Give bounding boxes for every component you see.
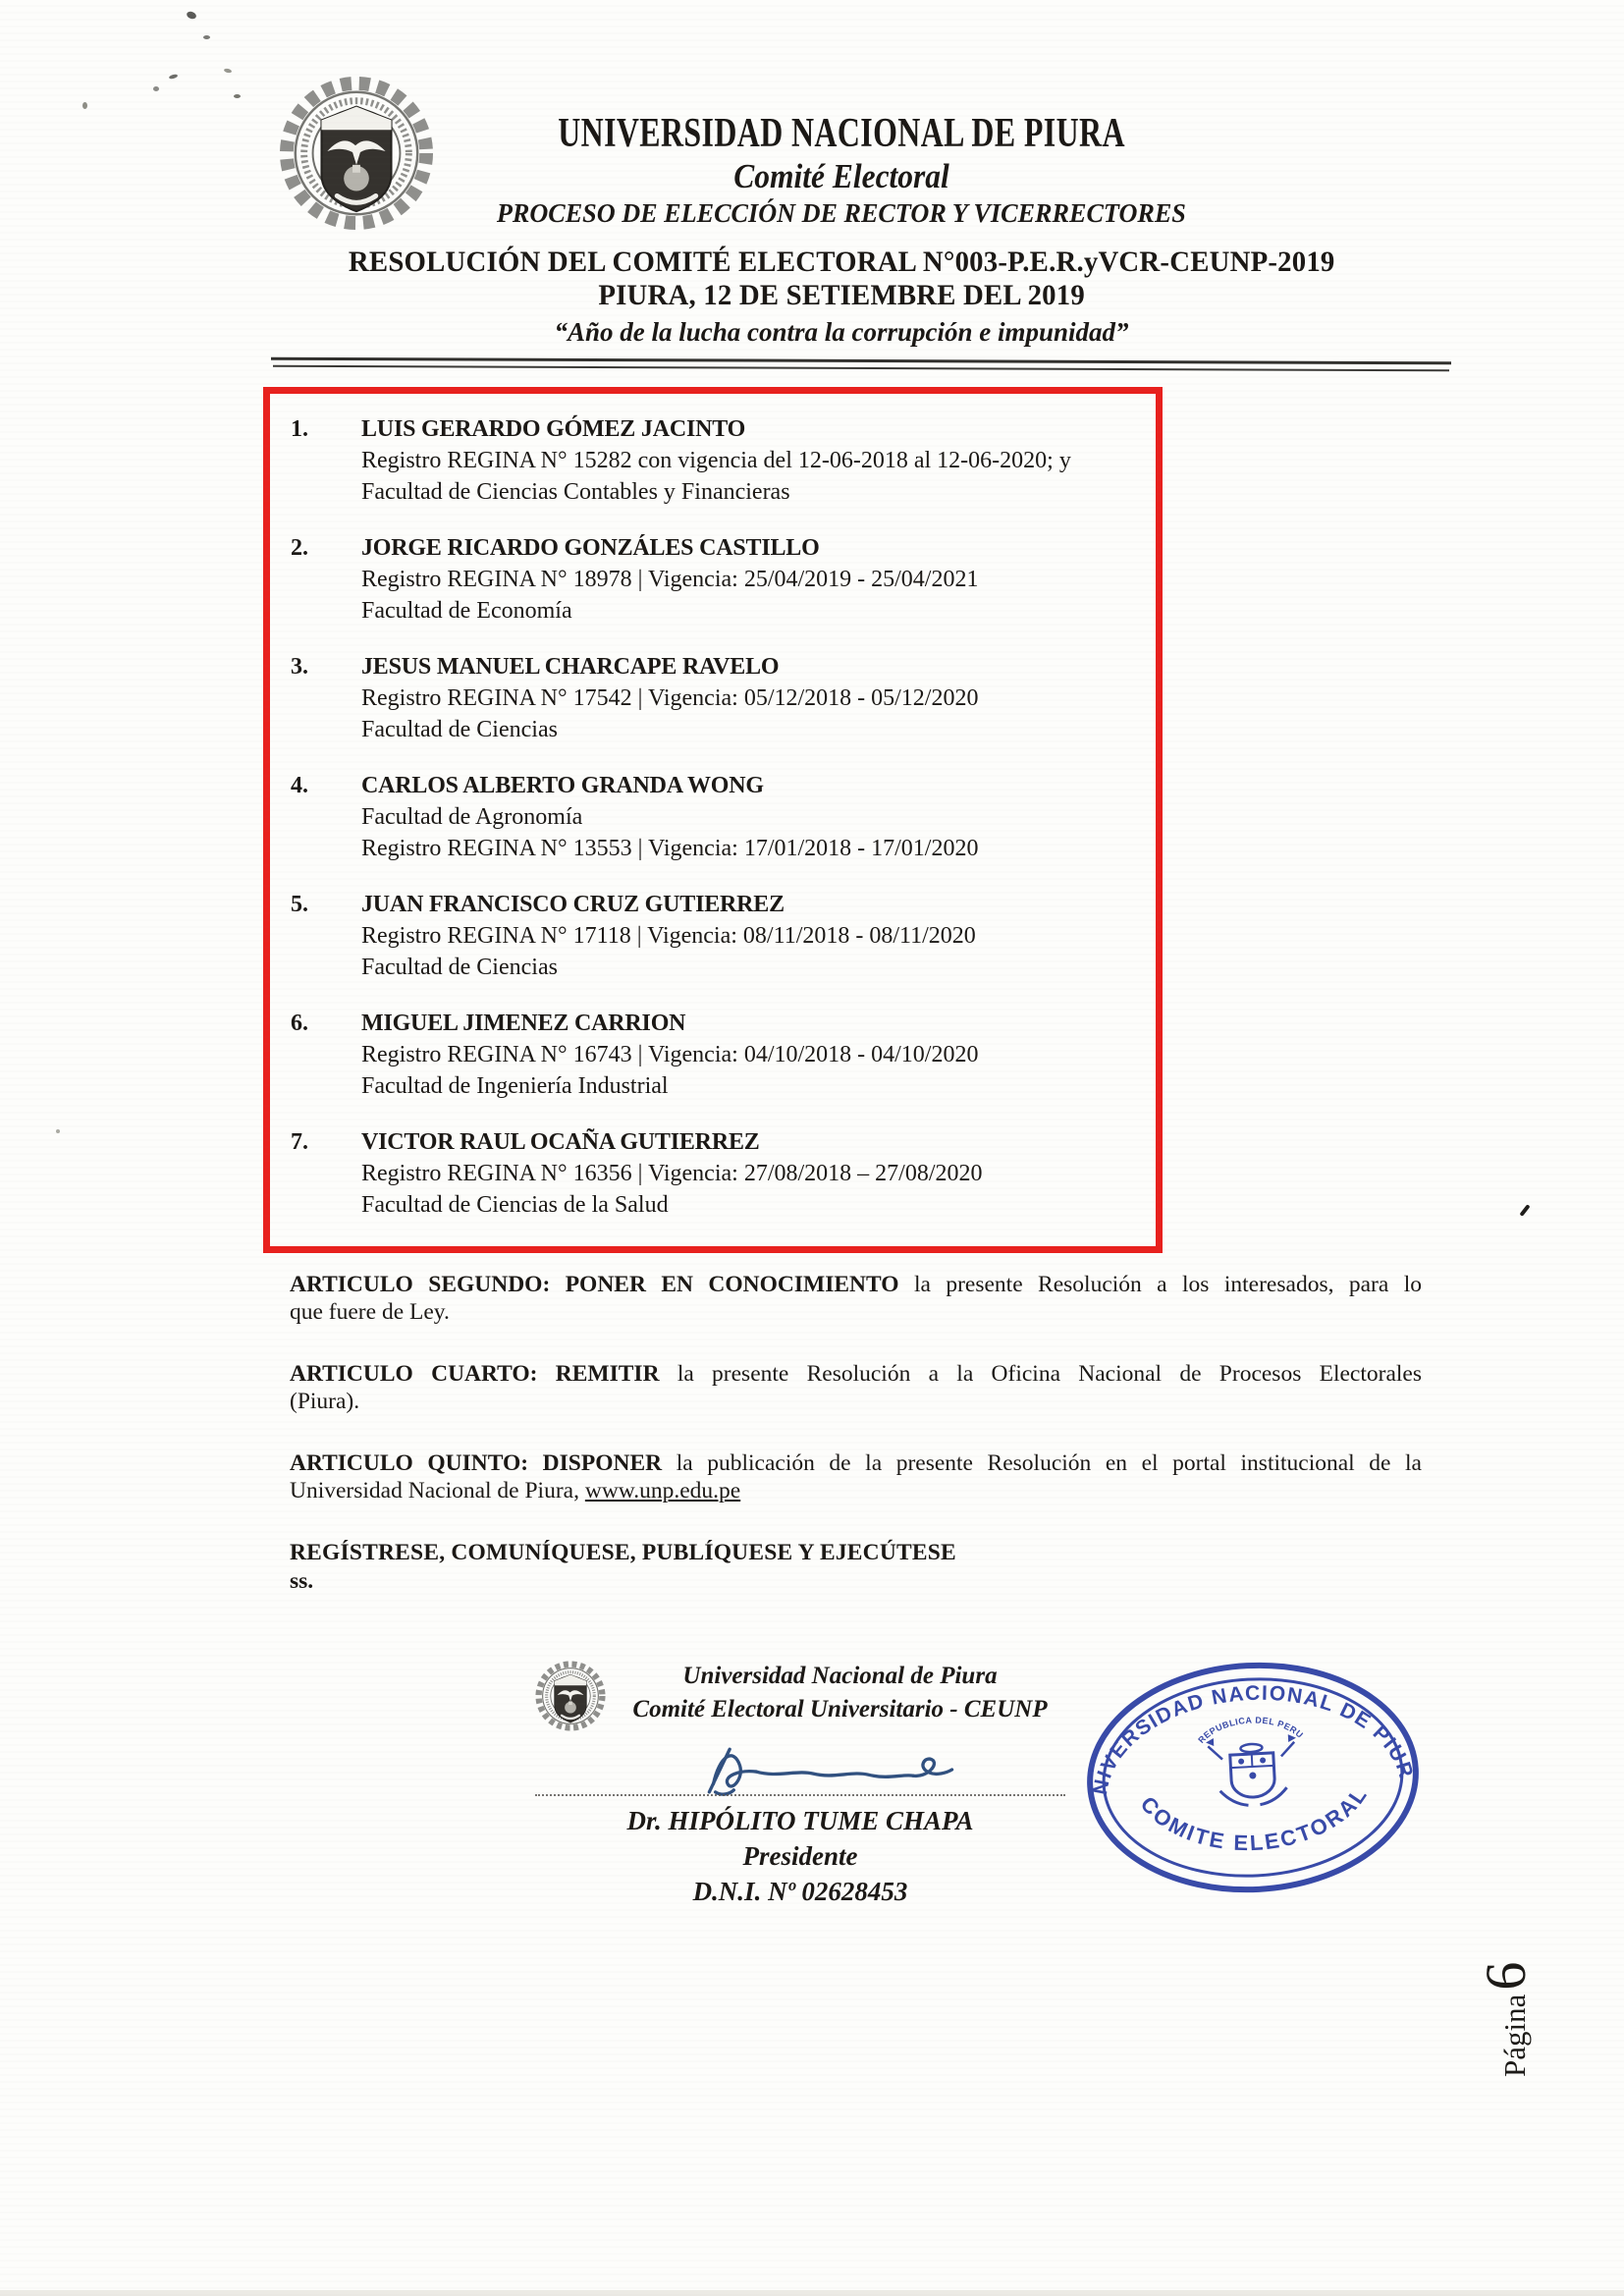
scan-speck (56, 1129, 60, 1133)
oval-stamp-icon: UNIVERSIDAD NACIONAL DE PIURA COMITE ELE… (1076, 1649, 1430, 1906)
resolution-number: RESOLUCIÓN DEL COMITÉ ELECTORAL N°003-P.… (257, 246, 1426, 279)
article-cuarto: ARTICULO CUARTO: REMITIR la presente Res… (290, 1360, 1422, 1415)
signature-line (535, 1794, 1065, 1796)
member-detail-line: Registro REGINA N° 17542 | Vigencia: 05/… (361, 683, 1146, 714)
signatory-dni: D.N.I. Nº 02628453 (511, 1874, 1090, 1909)
member-detail-line: Registro REGINA N° 16356 | Vigencia: 27/… (361, 1158, 1146, 1189)
article-text: la presente Resolución a los interesados… (899, 1272, 1422, 1297)
member-detail-line: Facultad de Economía (361, 595, 1146, 627)
articles-section: ARTICULO SEGUNDO: PONER EN CONOCIMIENTO … (290, 1271, 1422, 1595)
scan-speck (153, 86, 159, 91)
signature-stroke (699, 1738, 964, 1801)
member-number: 7. (291, 1126, 308, 1158)
article-lead: ARTICULO QUINTO: DISPONER (290, 1450, 662, 1476)
scan-speck (203, 35, 210, 39)
member-number: 5. (291, 889, 308, 920)
member-name: MIGUEL JIMENEZ CARRION (361, 1008, 1146, 1039)
member-detail-line: Facultad de Ciencias de la Salud (361, 1189, 1146, 1221)
closing-ss: ss. (290, 1567, 1422, 1595)
member-name: CARLOS ALBERTO GRANDA WONG (361, 770, 1146, 801)
member-detail-line: Registro REGINA N° 18978 | Vigencia: 25/… (361, 564, 1146, 595)
article-lead: ARTICULO SEGUNDO: PONER EN CONOCIMIENTO (290, 1272, 899, 1297)
page-number-value: 6 (1474, 1962, 1538, 1991)
scan-speck (234, 94, 241, 98)
highlighted-members-box: 1. LUIS GERARDO GÓMEZ JACINTO Registro R… (263, 387, 1163, 1253)
closing-order: REGÍSTRESE, COMUNÍQUESE, PUBLÍQUESE Y EJ… (290, 1539, 1422, 1566)
signatory-title: Presidente (511, 1838, 1090, 1874)
process-title: PROCESO DE ELECCIÓN DE RECTOR Y VICERREC… (257, 198, 1426, 229)
article-quinto: ARTICULO QUINTO: DISPONER la publicación… (290, 1449, 1422, 1504)
university-name: UNIVERSIDAD NACIONAL DE PIURA (257, 110, 1426, 157)
signature-org-block: Universidad Nacional de Piura Comité Ele… (607, 1660, 1073, 1726)
member-number: 4. (291, 770, 308, 801)
stamp-arc-bottom-text: COMITE ELECTORAL (1135, 1780, 1376, 1861)
signature-org-line2: Comité Electoral Universitario - CEUNP (607, 1693, 1073, 1726)
article-text: Universidad Nacional de Piura, (290, 1478, 585, 1503)
member-item-1: 1. LUIS GERARDO GÓMEZ JACINTO Registro R… (291, 413, 1146, 508)
member-detail-line: Facultad de Agronomía (361, 801, 1146, 833)
page-number: Página6 (1473, 1856, 1537, 2077)
member-name: JUAN FRANCISCO CRUZ GUTIERREZ (361, 889, 1146, 920)
member-number: 3. (291, 651, 308, 683)
double-rule-bottom (273, 365, 1449, 372)
member-item-3: 3. JESUS MANUEL CHARCAPE RAVELO Registro… (291, 651, 1146, 745)
member-number: 6. (291, 1008, 308, 1039)
member-detail-line: Registro REGINA N° 16743 | Vigencia: 04/… (361, 1039, 1146, 1070)
year-motto: “Año de la lucha contra la corrupción e … (257, 317, 1426, 348)
double-rule-top (271, 357, 1451, 365)
resolution-title-block: RESOLUCIÓN DEL COMITÉ ELECTORAL N°003-P.… (257, 246, 1426, 348)
svg-text:COMITE ELECTORAL: COMITE ELECTORAL (1135, 1780, 1376, 1861)
member-item-6: 6. MIGUEL JIMENEZ CARRION Registro REGIN… (291, 1008, 1146, 1102)
article-text: (Piura). (290, 1388, 1422, 1415)
signatory-block: Dr. HIPÓLITO TUME CHAPA Presidente D.N.I… (511, 1803, 1090, 1909)
article-text: la publicación de la presente Resolución… (662, 1450, 1422, 1476)
signature-org-line1: Universidad Nacional de Piura (607, 1660, 1073, 1693)
member-name: JESUS MANUEL CHARCAPE RAVELO (361, 651, 1146, 683)
signature-seal-icon (535, 1652, 606, 1740)
article-segundo: ARTICULO SEGUNDO: PONER EN CONOCIMIENTO … (290, 1271, 1422, 1326)
scan-speck (169, 74, 179, 80)
document-header: UNIVERSIDAD NACIONAL DE PIURA Comité Ele… (257, 110, 1426, 229)
scan-ink-tick (1519, 1204, 1530, 1217)
member-item-5: 5. JUAN FRANCISCO CRUZ GUTIERREZ Registr… (291, 889, 1146, 983)
member-detail-line: Facultad de Ciencias (361, 952, 1146, 983)
scan-speck (224, 68, 233, 74)
member-name: VICTOR RAUL OCAÑA GUTIERREZ (361, 1126, 1146, 1158)
member-detail-line: Facultad de Ciencias (361, 714, 1146, 745)
member-item-4: 4. CARLOS ALBERTO GRANDA WONG Facultad d… (291, 770, 1146, 864)
scan-edge-shadow (0, 2290, 1624, 2296)
article-text: que fuere de Ley. (290, 1298, 1422, 1326)
article-text: la presente Resolución a la Oficina Naci… (660, 1361, 1422, 1387)
member-detail-line: Facultad de Ciencias Contables y Financi… (361, 476, 1146, 508)
member-detail-line: Registro REGINA N° 13553 | Vigencia: 17/… (361, 833, 1146, 864)
scan-speck (186, 11, 197, 21)
page-number-label: Página (1497, 1995, 1532, 2077)
member-number: 1. (291, 413, 308, 445)
committee-name: Comité Electoral (257, 157, 1426, 196)
member-detail-line: Facultad de Ingeniería Industrial (361, 1070, 1146, 1102)
member-detail-line: Registro REGINA N° 15282 con vigencia de… (361, 445, 1146, 476)
member-number: 2. (291, 532, 308, 564)
article-lead: ARTICULO CUARTO: REMITIR (290, 1361, 660, 1387)
member-detail-line: Registro REGINA N° 17118 | Vigencia: 08/… (361, 920, 1146, 952)
website-link: www.unp.edu.pe (585, 1478, 740, 1503)
resolution-place-date: PIURA, 12 DE SETIEMBRE DEL 2019 (257, 279, 1426, 312)
member-name: LUIS GERARDO GÓMEZ JACINTO (361, 413, 1146, 445)
member-item-7: 7. VICTOR RAUL OCAÑA GUTIERREZ Registro … (291, 1126, 1146, 1221)
scan-speck (82, 102, 87, 109)
signatory-name: Dr. HIPÓLITO TUME CHAPA (511, 1803, 1090, 1838)
member-item-2: 2. JORGE RICARDO GONZÁLES CASTILLO Regis… (291, 532, 1146, 627)
member-name: JORGE RICARDO GONZÁLES CASTILLO (361, 532, 1146, 564)
